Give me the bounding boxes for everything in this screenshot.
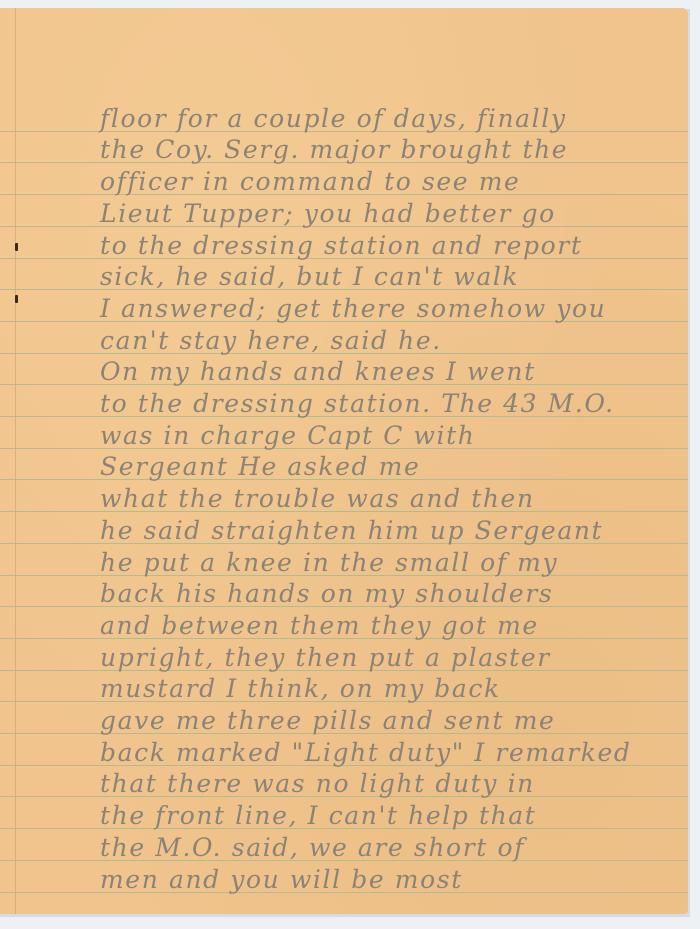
- handwritten-line: Lieut Tupper; you had better go: [100, 199, 682, 229]
- handwritten-line: On my hands and knees I went: [100, 357, 682, 387]
- handwritten-line: the M.O. said, we are short of: [100, 833, 682, 863]
- handwritten-line: he put a knee in the small of my: [100, 548, 682, 578]
- handwritten-line: to the dressing station and report: [100, 231, 682, 261]
- handwritten-text: floor for a couple of days, finallythe C…: [0, 8, 688, 914]
- handwritten-line: the Coy. Serg. major brought the: [100, 135, 682, 165]
- handwritten-line: and between them they got me: [100, 611, 682, 641]
- handwritten-line: what the trouble was and then: [100, 484, 682, 514]
- notebook-page: floor for a couple of days, finallythe C…: [0, 8, 688, 914]
- handwritten-line: back marked "Light duty" I remarked: [100, 738, 682, 768]
- handwritten-line: floor for a couple of days, finally: [100, 104, 682, 134]
- handwritten-line: the front line, I can't help that: [100, 801, 682, 831]
- handwritten-line: I answered; get there somehow you: [100, 294, 682, 324]
- handwritten-line: upright, they then put a plaster: [100, 643, 682, 673]
- handwritten-line: men and you will be most: [100, 865, 682, 895]
- handwritten-line: officer in command to see me: [100, 167, 682, 197]
- handwritten-line: gave me three pills and sent me: [100, 706, 682, 736]
- handwritten-line: sick, he said, but I can't walk: [100, 262, 682, 292]
- handwritten-line: was in charge Capt C with: [100, 421, 682, 451]
- handwritten-line: can't stay here, said he.: [100, 326, 682, 356]
- handwritten-line: to the dressing station. The 43 M.O.: [100, 389, 682, 419]
- handwritten-line: back his hands on my shoulders: [100, 579, 682, 609]
- handwritten-line: he said straighten him up Sergeant: [100, 516, 682, 546]
- handwritten-line: that there was no light duty in: [100, 769, 682, 799]
- handwritten-line: Sergeant He asked me: [100, 452, 682, 482]
- handwritten-line: mustard I think, on my back: [100, 674, 682, 704]
